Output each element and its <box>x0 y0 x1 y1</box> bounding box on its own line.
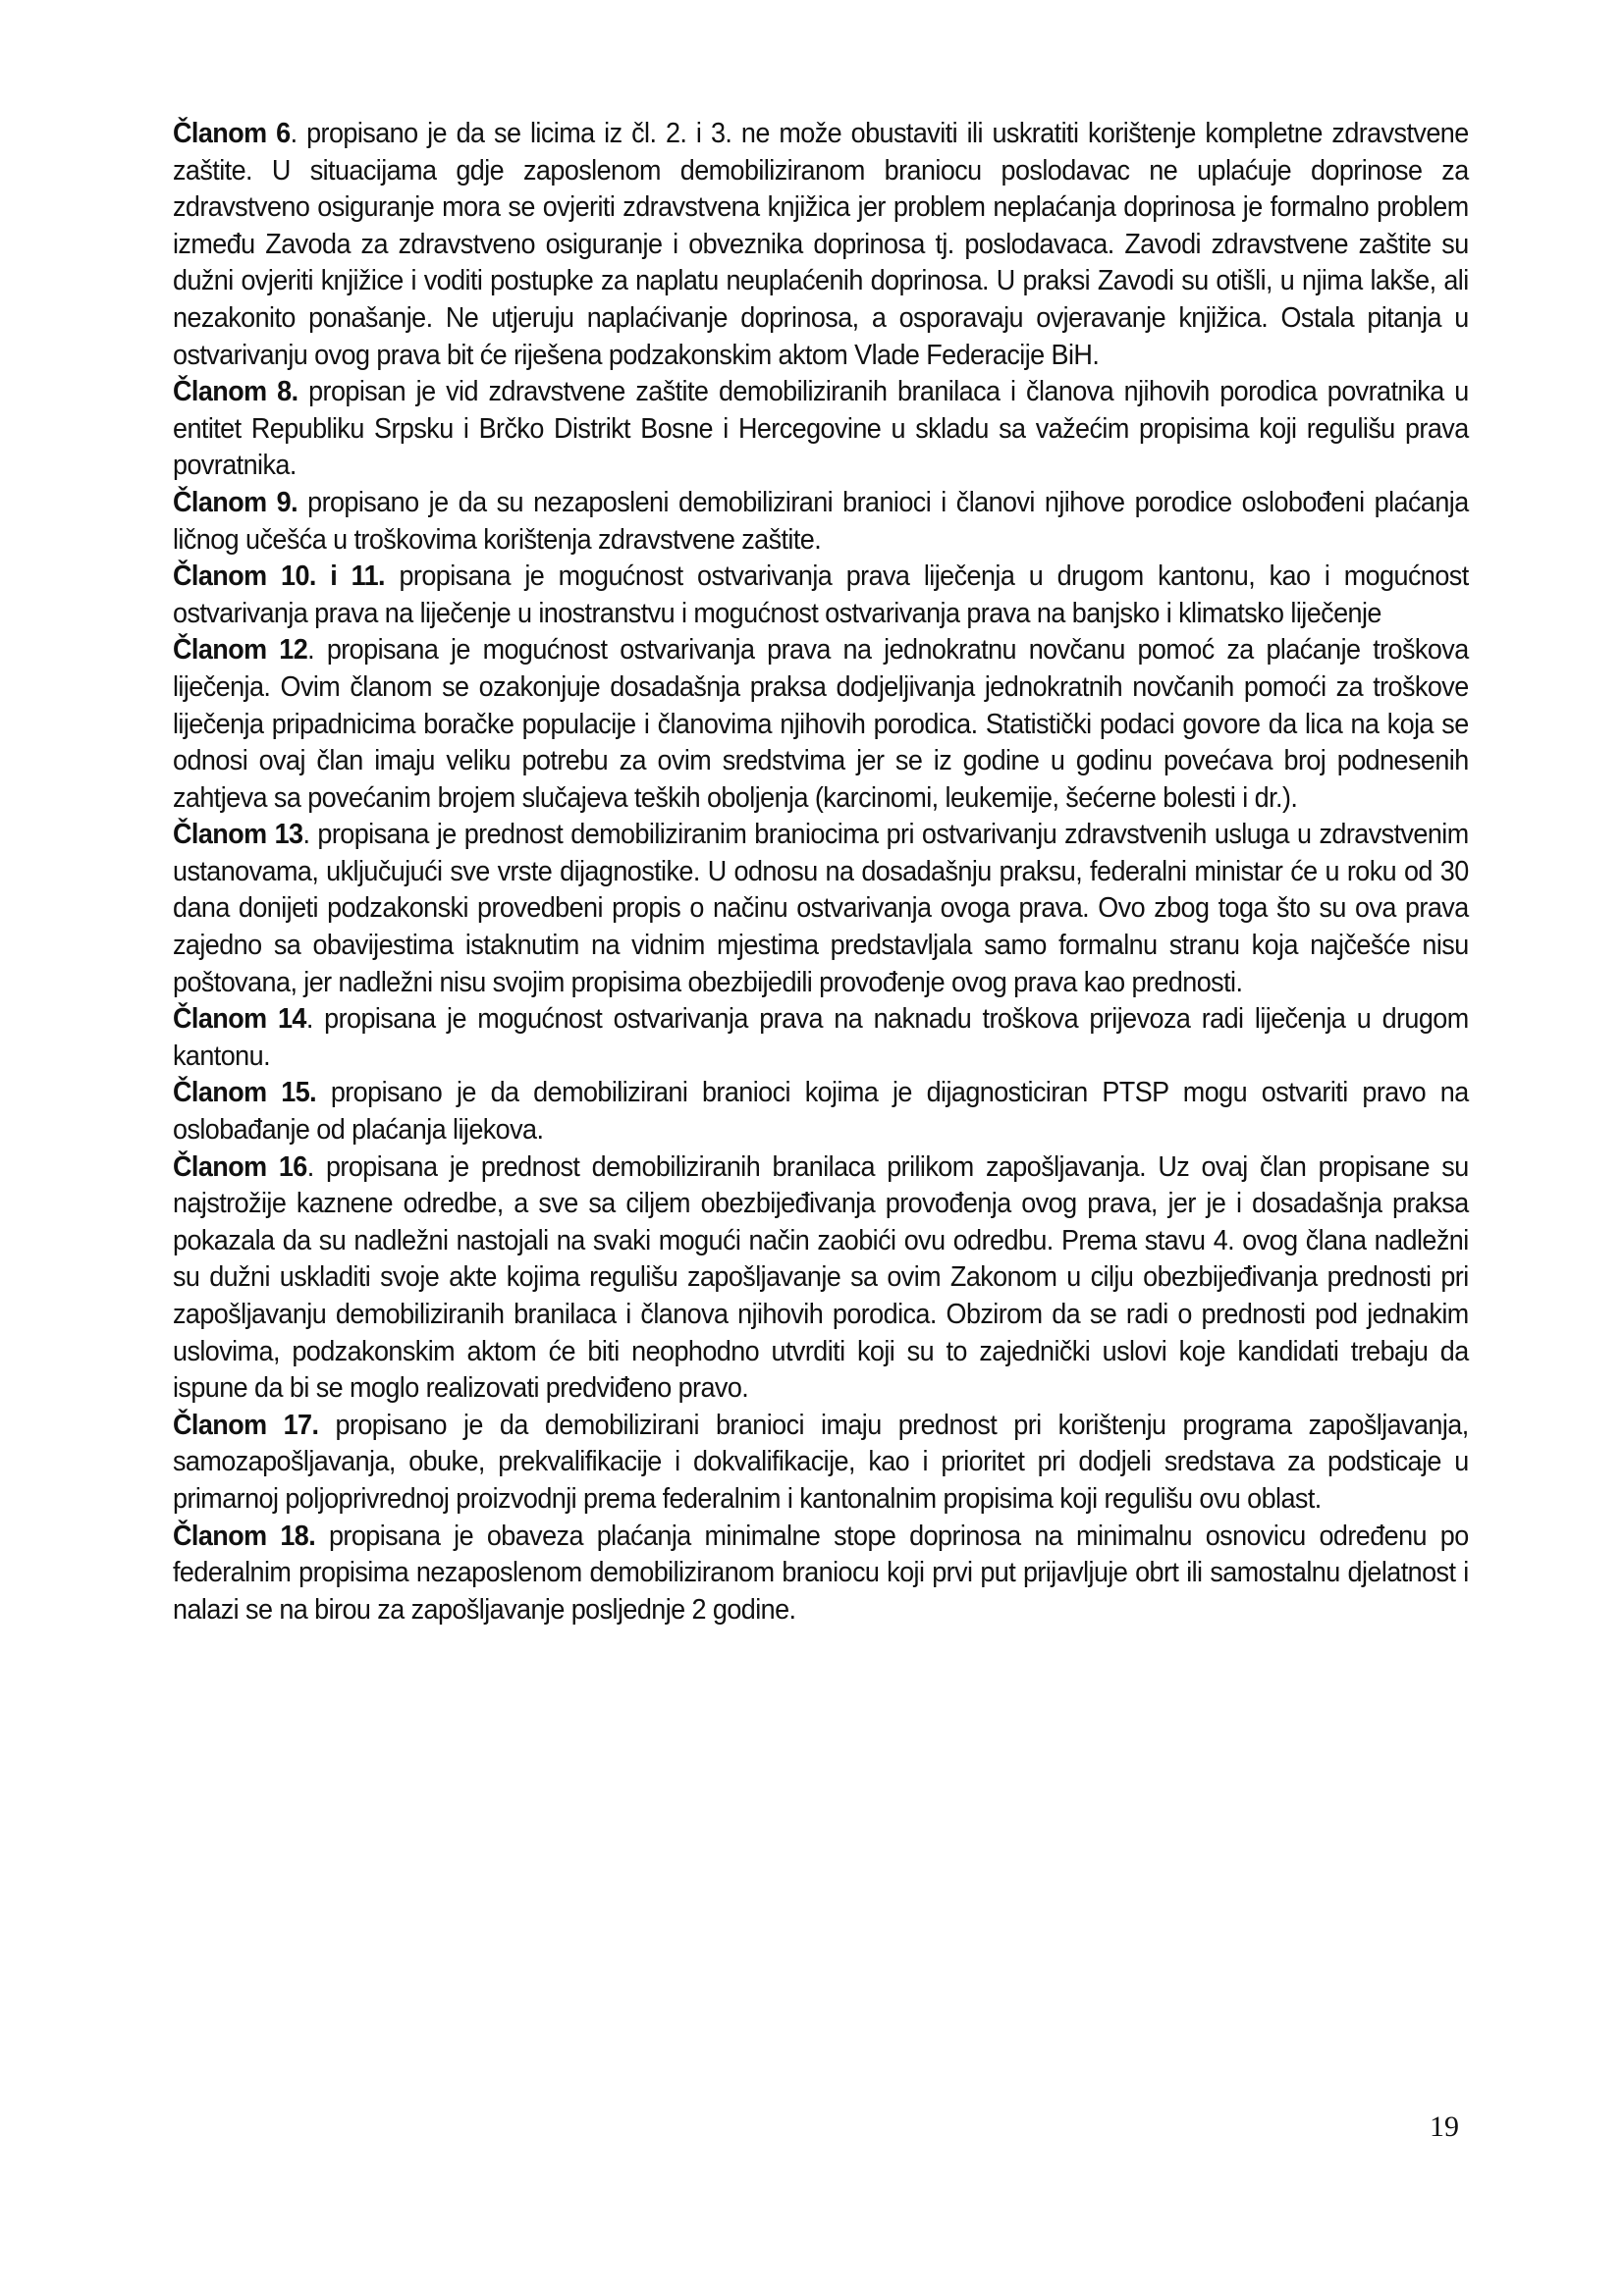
article-reference: Članom 10. i 11. <box>173 561 385 592</box>
paragraph-clan-15: Članom 15. propisano je da demobiliziran… <box>173 1075 1469 1148</box>
paragraph-text: . propisana je mogućnost ostvarivanja pr… <box>173 634 1469 813</box>
paragraph-text: . propisana je prednost demobiliziranih … <box>173 1151 1469 1405</box>
paragraph-clan-17: Članom 17. propisano je da demobiliziran… <box>173 1408 1469 1519</box>
paragraph-clan-16: Članom 16. propisana je prednost demobil… <box>173 1149 1469 1408</box>
paragraph-clan-12: Članom 12. propisana je mogućnost ostvar… <box>173 632 1469 817</box>
article-reference: Članom 17. <box>173 1410 318 1441</box>
article-reference: Članom 9. <box>173 487 298 518</box>
paragraph-text: . propisana je prednost demobiliziranim … <box>173 819 1469 997</box>
article-reference: Članom 8. <box>173 376 298 407</box>
paragraph-text: . propisano je da se licima iz čl. 2. i … <box>173 118 1469 371</box>
paragraph-clan-18: Članom 18. propisana je obaveza plaćanja… <box>173 1519 1469 1629</box>
article-reference: Članom 12 <box>173 634 307 666</box>
paragraph-text: propisana je obaveza plaćanja minimalne … <box>173 1521 1469 1626</box>
document-body: Članom 6. propisano je da se licima iz č… <box>173 116 1379 1629</box>
paragraph-text: propisan je vid zdravstvene zaštite demo… <box>173 376 1469 481</box>
paragraph-clan-6: Članom 6. propisano je da se licima iz č… <box>173 116 1469 374</box>
paragraph-clan-14: Članom 14. propisana je mogućnost ostvar… <box>173 1001 1469 1075</box>
document-text-column: Članom 6. propisano je da se licima iz č… <box>173 116 1469 1629</box>
paragraph-clan-9: Članom 9. propisano je da su nezaposleni… <box>173 485 1469 559</box>
article-reference: Članom 13 <box>173 819 302 850</box>
article-reference: Članom 15. <box>173 1077 316 1108</box>
article-reference: Članom 14 <box>173 1003 306 1035</box>
paragraph-clan-10-11: Članom 10. i 11. propisana je mogućnost … <box>173 559 1469 632</box>
paragraph-text: propisano je da demobilizirani branioci … <box>173 1410 1469 1515</box>
paragraph-text: propisano je da demobilizirani branioci … <box>173 1077 1469 1146</box>
article-reference: Članom 18. <box>173 1521 315 1552</box>
paragraph-text: propisano je da su nezaposleni demobiliz… <box>173 487 1469 556</box>
page-number: 19 <box>1430 2110 1459 2144</box>
article-reference: Članom 16 <box>173 1151 307 1183</box>
article-reference: Članom 6 <box>173 118 291 149</box>
paragraph-clan-8: Članom 8. propisan je vid zdravstvene za… <box>173 374 1469 485</box>
paragraph-clan-13: Članom 13. propisana je prednost demobil… <box>173 817 1469 1001</box>
paragraph-text: . propisana je mogućnost ostvarivanja pr… <box>173 1003 1469 1072</box>
